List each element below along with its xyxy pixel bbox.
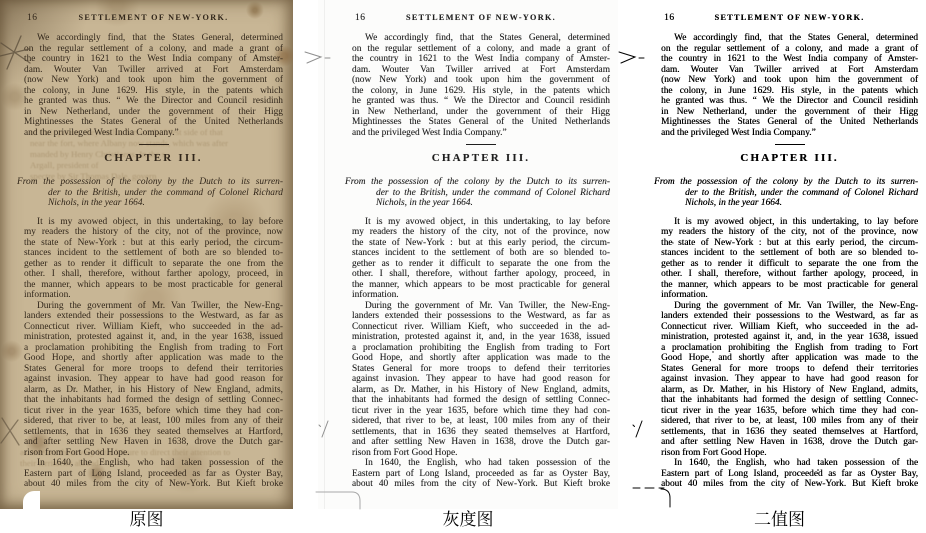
section-rule [139,144,169,145]
page-header: 16 SETTLEMENT OF NEW-YORK. [24,13,283,25]
grayscale-scan-panel: 16 SETTLEMENT OF NEW-YORK. We accordingl… [318,0,618,509]
paragraph: It is my avowed object, in this undertak… [352,217,610,301]
section-rule [466,144,496,145]
paragraph: It is my avowed object, in this undertak… [24,217,283,301]
book-page: 16 SETTLEMENT OF NEW-YORK. We accordingl… [318,0,618,509]
page-header: 16 SETTLEMENT OF NEW-YORK. [661,13,918,25]
paragraph: We accordingly find, that the States Gen… [661,33,918,138]
page-number: 16 [355,13,366,23]
running-header: SETTLEMENT OF NEW-YORK. [352,13,610,22]
book-page: 16 SETTLEMENT OF NEW-YORK. We accordingl… [0,0,293,509]
caption-original: 原图 [0,508,293,533]
chapter-subtitle: From the possession of the colony by the… [661,177,918,209]
paragraph: We accordingly find, that the States Gen… [24,33,283,138]
book-page: 16 SETTLEMENT OF NEW-YORK. We accordingl… [633,0,926,509]
paragraph: In 1640, the English, who had taken poss… [352,458,610,490]
binary-scan-panel: 16 SETTLEMENT OF NEW-YORK. We accordingl… [633,0,926,509]
chapter-subtitle: From the possession of the colony by the… [352,177,610,209]
chapter-heading: CHAPTER III. [661,152,918,164]
page-number: 16 [27,13,38,23]
original-scan-panel: of their patent, they built a fort on th… [0,0,293,509]
paragraph: During the government of Mr. Van Twiller… [24,301,283,459]
page-header: 16 SETTLEMENT OF NEW-YORK. [352,13,610,25]
paragraph: In 1640, the English, who had taken poss… [661,458,918,490]
paragraph: During the government of Mr. Van Twiller… [352,301,610,459]
caption-binary: 二值图 [633,508,926,533]
chapter-heading: CHAPTER III. [24,152,283,164]
running-header: SETTLEMENT OF NEW-YORK. [661,13,918,22]
chapter-heading: CHAPTER III. [352,152,610,164]
chapter-subtitle: From the possession of the colony by the… [24,177,283,209]
image-processing-comparison: of their patent, they built a fort on th… [0,0,926,533]
caption-grayscale: 灰度图 [318,508,618,533]
paragraph: In 1640, the English, who had taken poss… [24,458,283,490]
paragraph: It is my avowed object, in this undertak… [661,217,918,301]
running-header: SETTLEMENT OF NEW-YORK. [24,13,283,22]
section-rule [775,144,805,145]
paragraph: During the government of Mr. Van Twiller… [661,301,918,459]
paragraph: We accordingly find, that the States Gen… [352,33,610,138]
page-number: 16 [664,13,675,23]
